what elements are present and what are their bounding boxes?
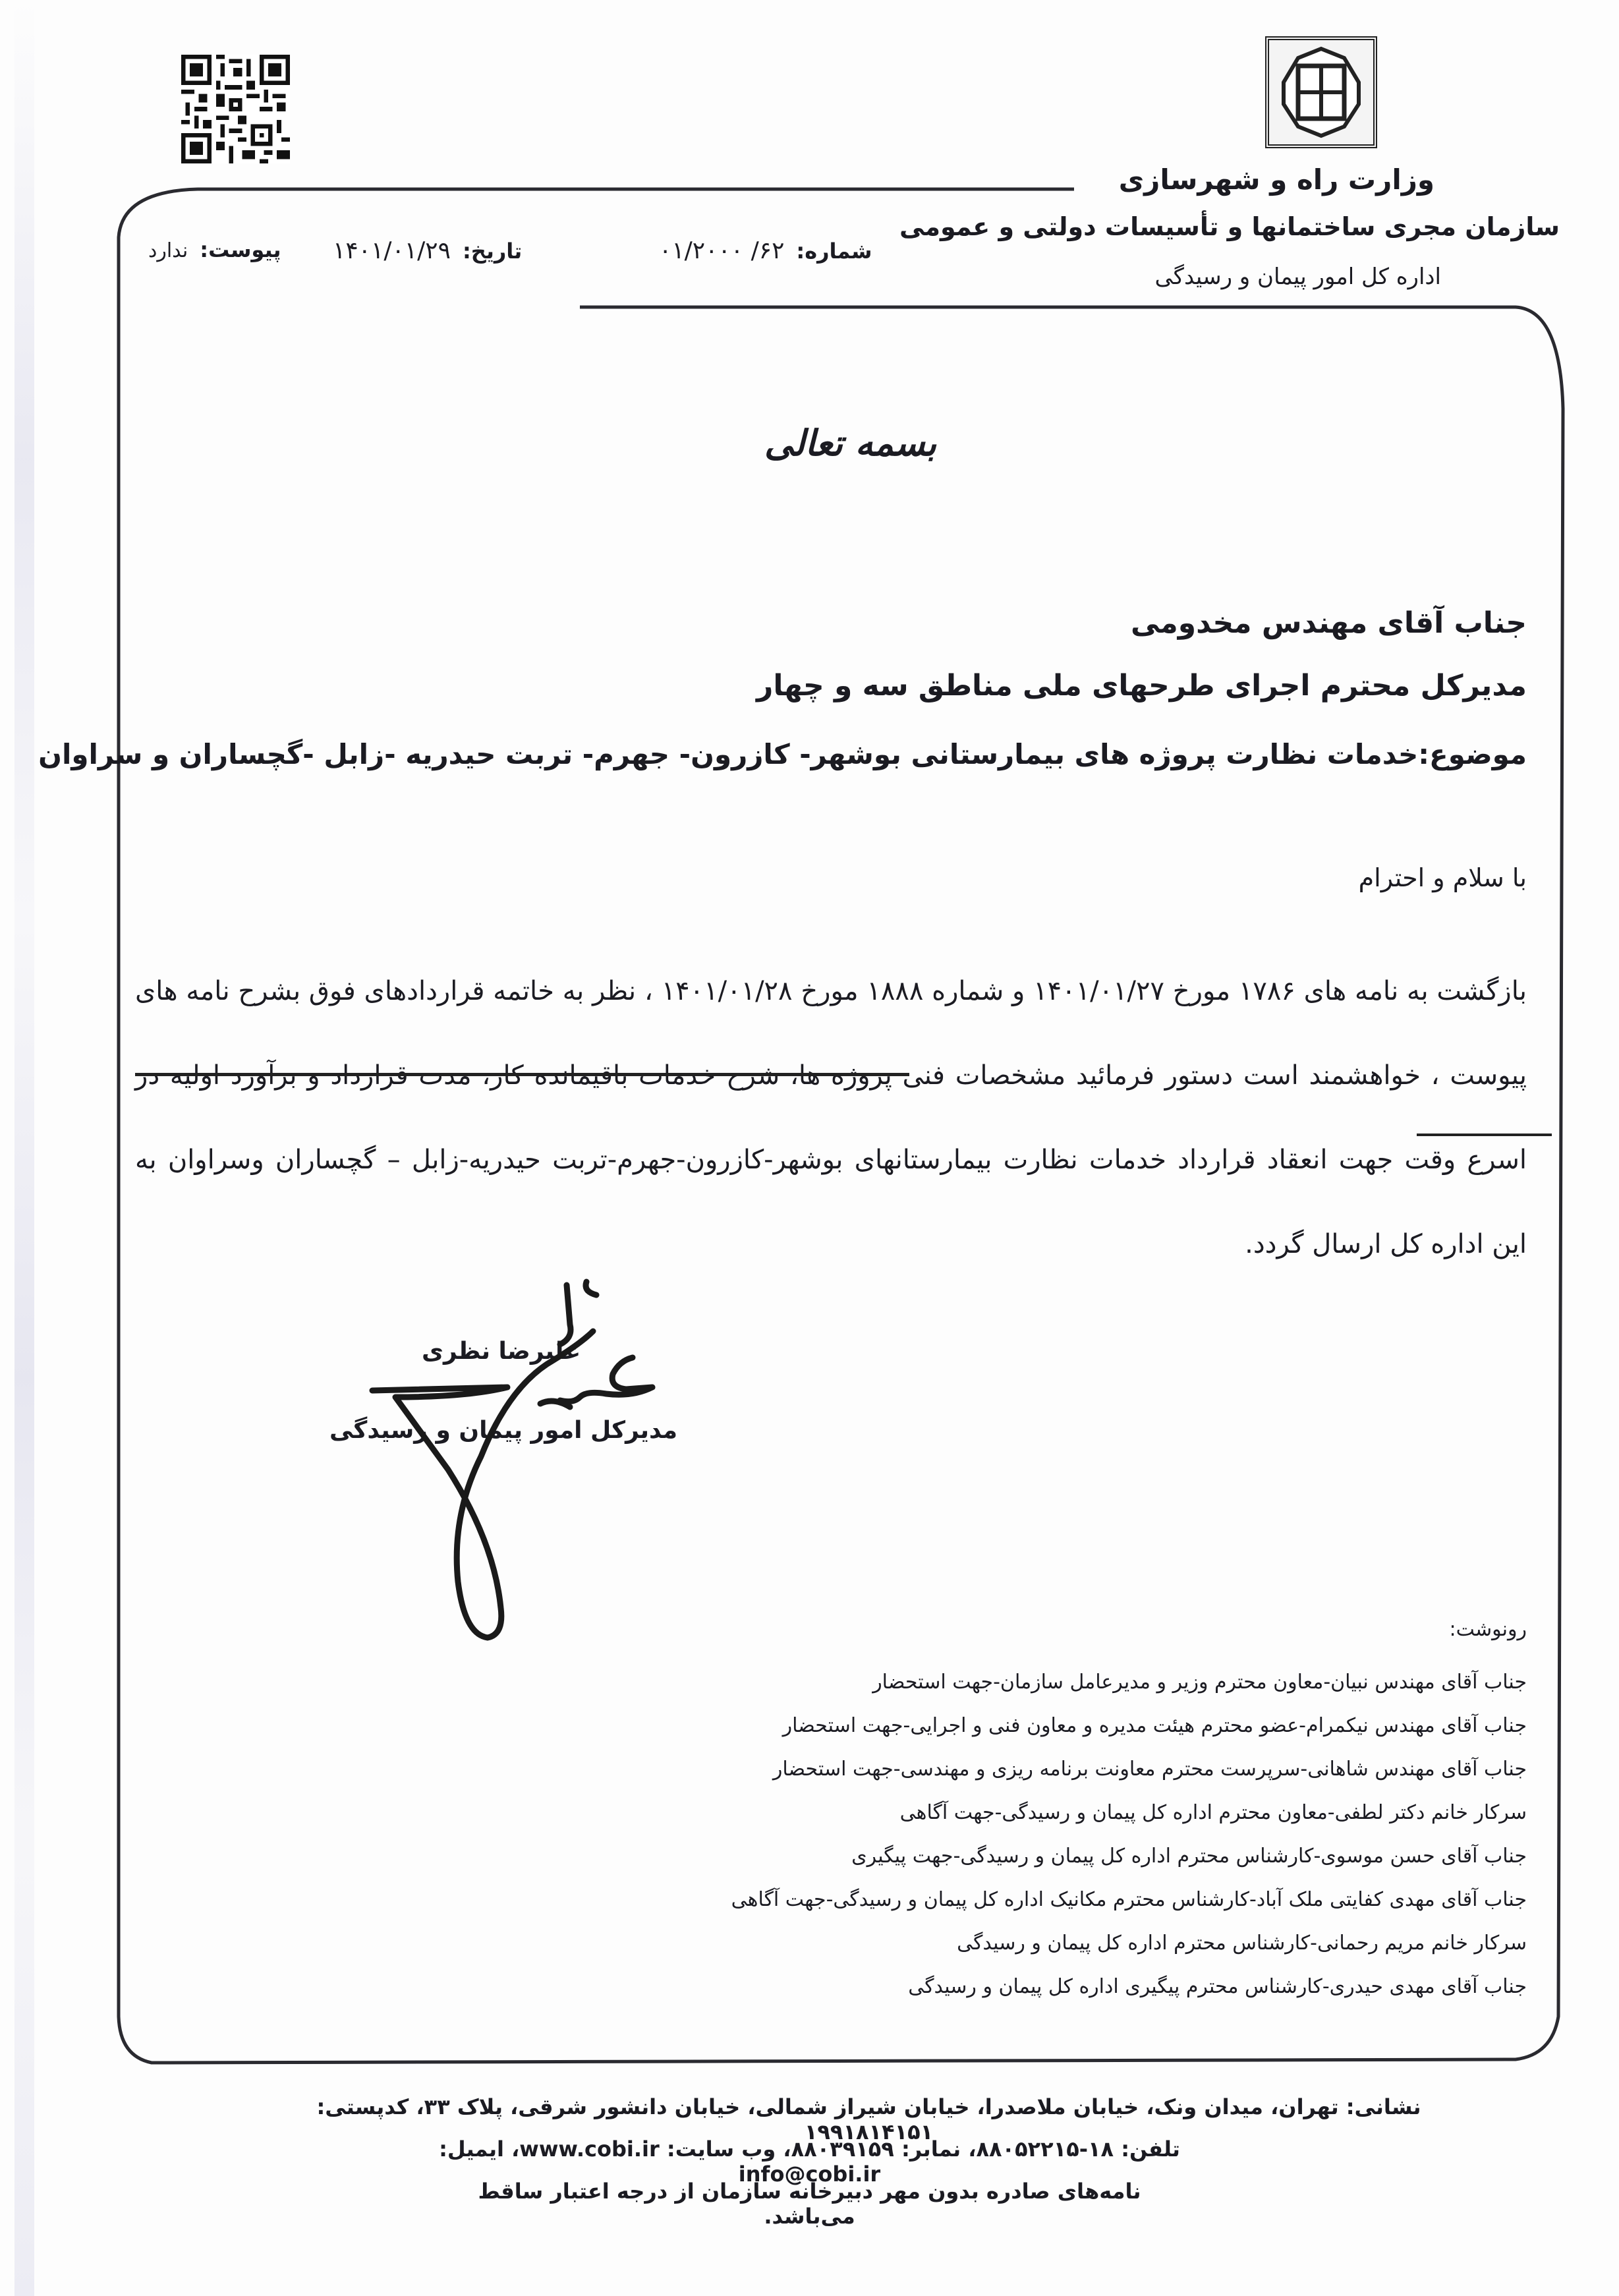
letter-attachment: پیوست: ندارد: [148, 237, 281, 262]
cc-heading: رونوشت:: [1449, 1618, 1527, 1641]
cc-item: جناب آقای مهدی حیدری-کارشناس محترم پیگیر…: [731, 1965, 1527, 2009]
handwritten-underline: [135, 1073, 909, 1076]
bismillah-heading: بسمه تعالی: [764, 422, 936, 464]
handwritten-underline: [1417, 1134, 1552, 1136]
date-value: ۱۴۰۱/۰۱/۲۹: [333, 237, 451, 264]
department-name: اداره کل امور پیمان و رسیدگی: [1154, 264, 1441, 290]
cc-item: جناب آقای مهندس نیکمرام-عضو محترم هیئت م…: [731, 1704, 1527, 1748]
cc-item: جناب آقای حسن موسوی-کارشناس محترم اداره …: [731, 1835, 1527, 1878]
letter-number: شماره: ۶۲/ ۰۱/۲۰۰۰: [659, 237, 872, 264]
qr-code-icon[interactable]: [181, 55, 290, 163]
footer-notice: نامه‌های صادره بدون مهر دبیرخانه سازمان …: [461, 2179, 1158, 2229]
date-label: تاریخ:: [463, 239, 522, 264]
letter-subject: موضوع:خدمات نظارت پروژه های بیمارستانی ب…: [38, 738, 1527, 770]
cc-item: جناب آقای مهندس شاهانی-سرپرست محترم معاو…: [731, 1748, 1527, 1791]
addressee-title: مدیرکل محترم اجرای طرحهای ملی مناطق سه و…: [756, 669, 1527, 703]
number-value: ۶۲/ ۰۱/۲۰۰۰: [659, 237, 784, 264]
letter-date: تاریخ: ۱۴۰۱/۰۱/۲۹: [333, 237, 522, 264]
attachment-value: ندارد: [148, 239, 188, 262]
cc-item: جناب آقای مهدی کفایتی ملک آباد-کارشناس م…: [731, 1878, 1527, 1922]
ministry-name: وزارت راه و شهرسازی: [1119, 163, 1434, 196]
organization-name: سازمان مجری ساختمانها و تأسیسات دولتی و …: [899, 212, 1560, 241]
handwritten-signature: [343, 1265, 685, 1648]
cc-item: سرکار خانم دکتر لطفی-معاون محترم اداره ک…: [731, 1791, 1527, 1835]
letter-body: بازگشت به نامه های ۱۷۸۶ مورخ ۱۴۰۱/۰۱/۲۷ …: [135, 949, 1527, 1286]
cc-item: جناب آقای مهندس نبیان-معاون محترم وزیر و…: [731, 1661, 1527, 1704]
addressee-name: جناب آقای مهندس مخدومی: [1131, 606, 1527, 640]
attachment-label: پیوست:: [200, 237, 281, 262]
number-label: شماره:: [796, 239, 872, 264]
greeting: با سلام و احترام: [1359, 863, 1527, 892]
cc-item: سرکار خانم مریم رحمانی-کارشناس محترم ادا…: [731, 1922, 1527, 1965]
ministry-emblem-icon: [1265, 36, 1377, 148]
cc-list: جناب آقای مهندس نبیان-معاون محترم وزیر و…: [731, 1661, 1527, 2009]
